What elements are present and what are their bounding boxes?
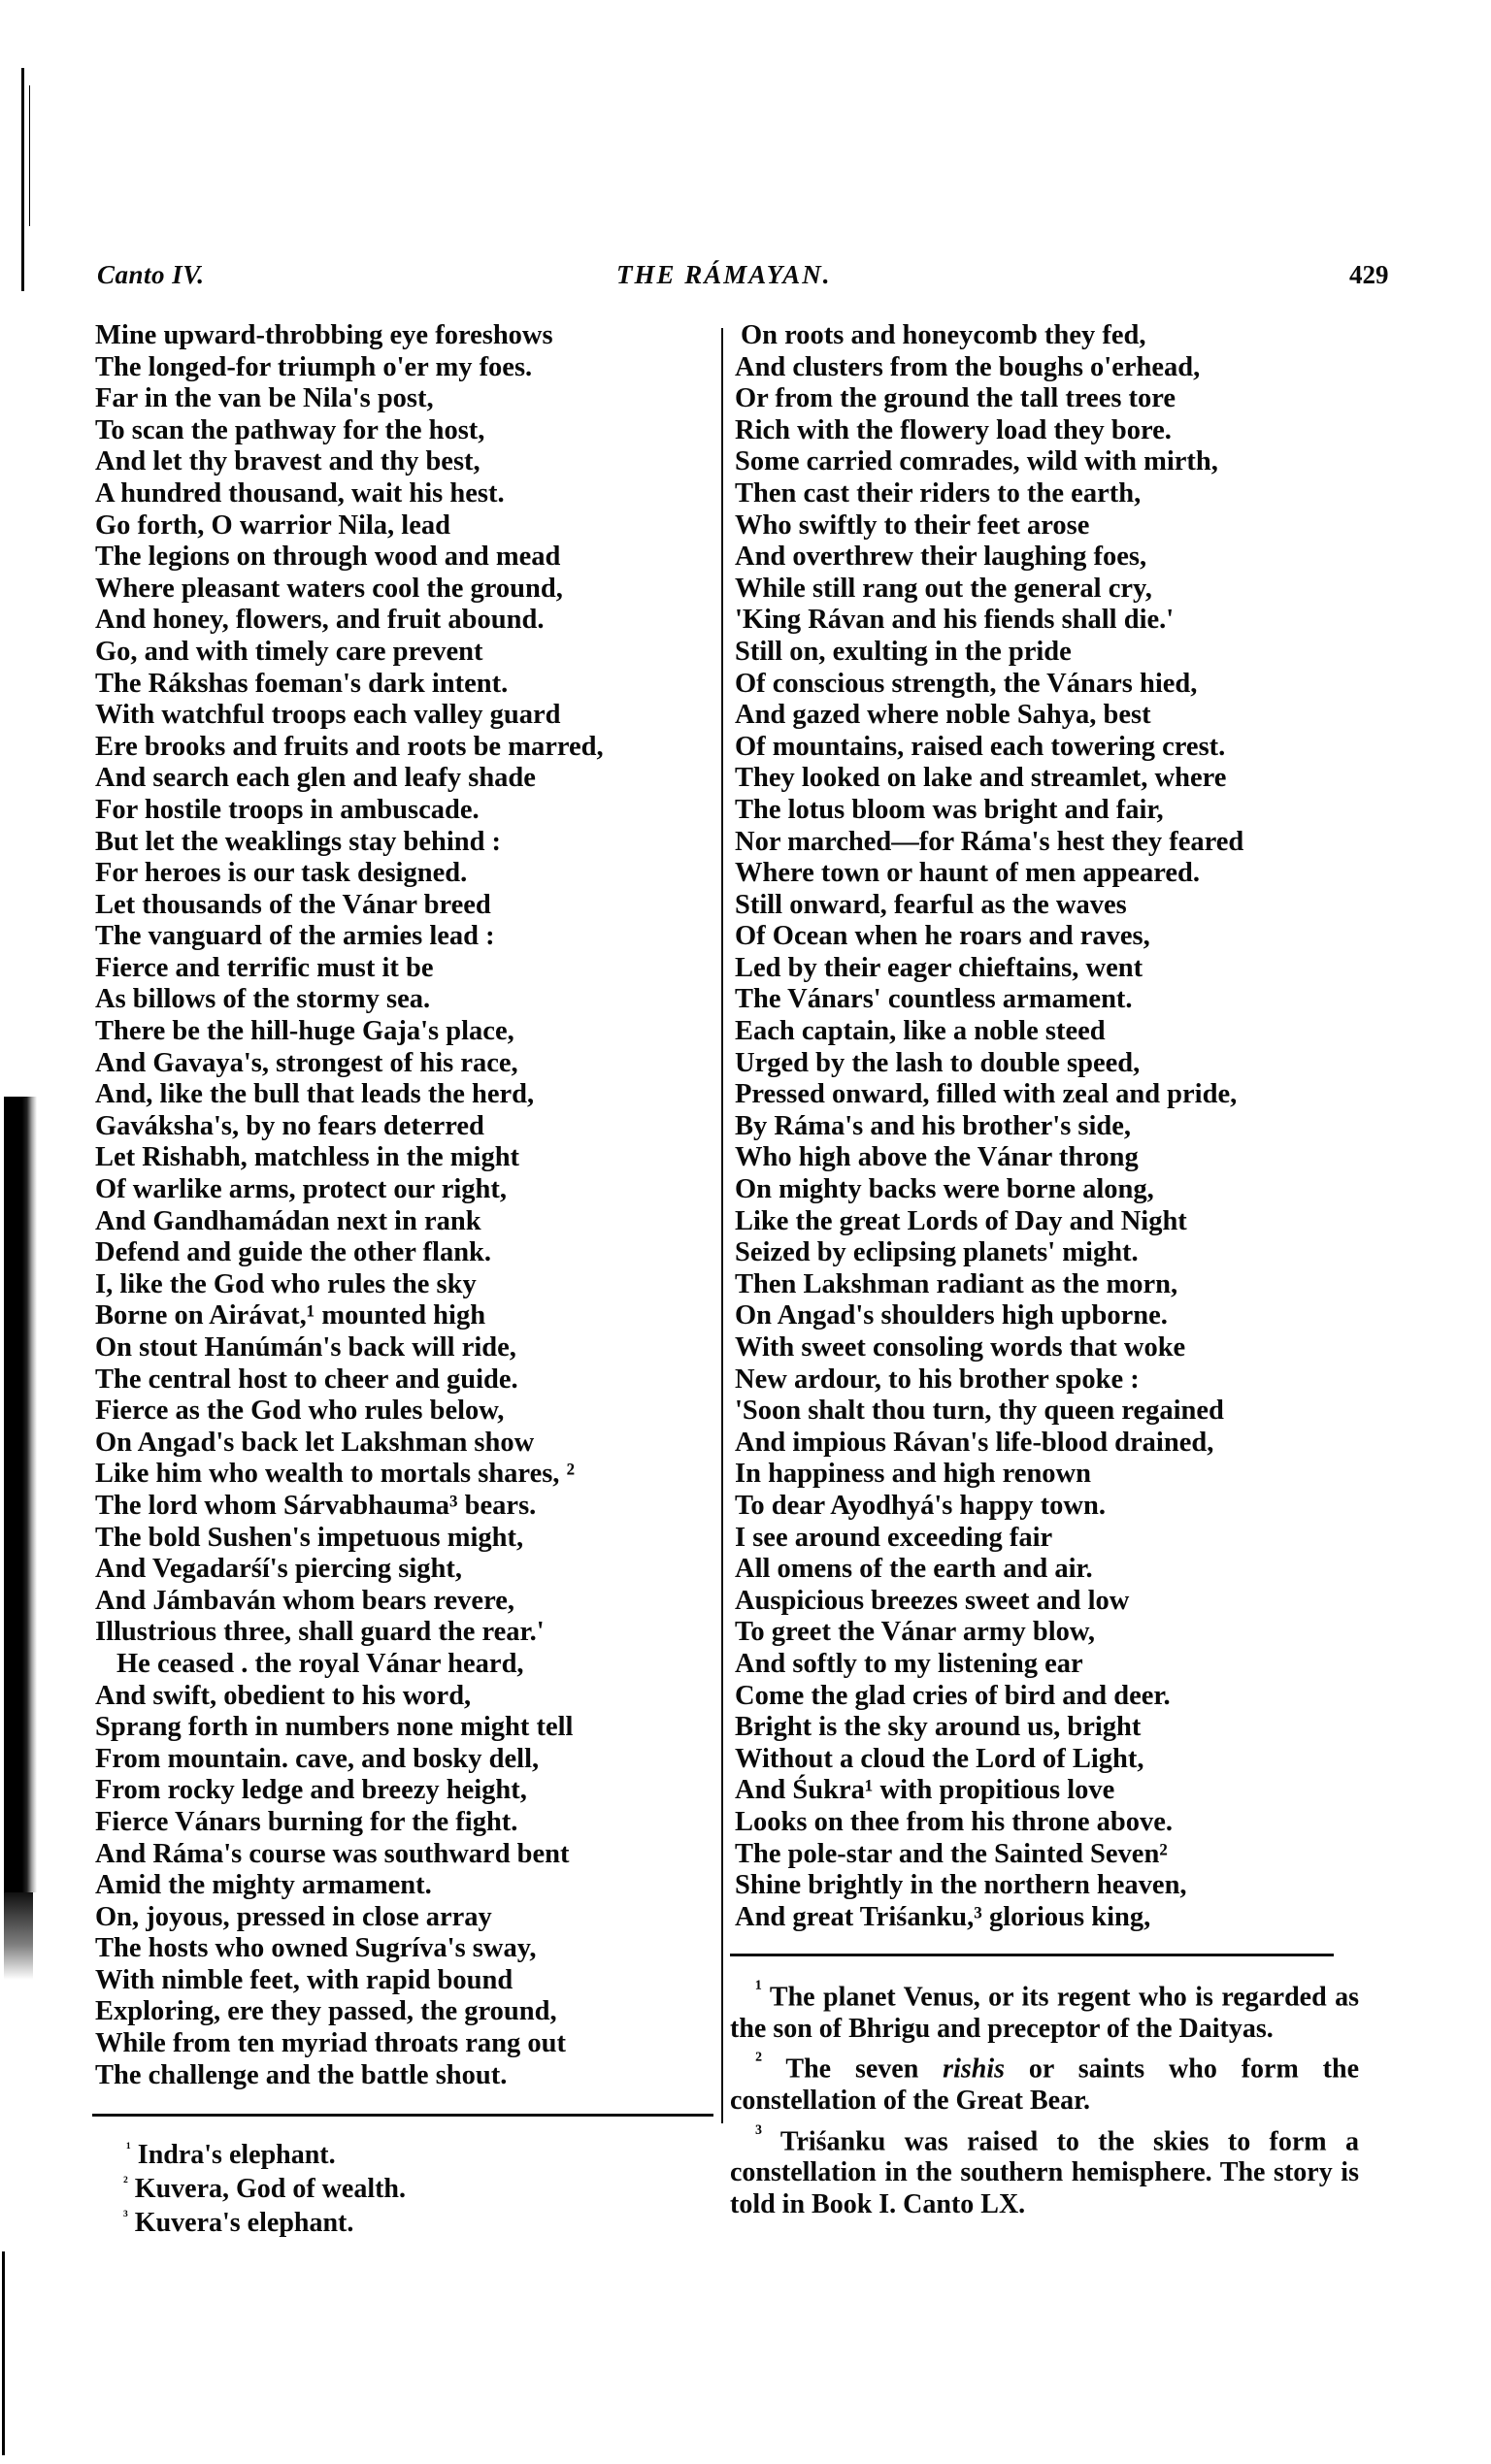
verse-line: While from ten myriad throats rang out [95,2028,716,2060]
footnote-text: The planet Venus, or its regent who is r… [730,1982,1359,2044]
verse-line: Borne on Airávat,¹ mounted high [95,1300,716,1332]
verse-line: Then cast their riders to the earth, [735,478,1366,510]
verse-line: Without a cloud the Lord of Light, [735,1744,1366,1776]
verse-line: To greet the Vánar army blow, [735,1617,1366,1649]
verse-line: Nor marched—for Ráma's hest they feared [735,827,1366,859]
scan-edge-line [29,85,30,226]
verse-line: And clusters from the boughs o'erhead, [735,352,1366,384]
verse-line: Where pleasant waters cool the ground, [95,574,716,606]
verse-line: Some carried comrades, wild with mirth, [735,446,1366,478]
verse-line: Let thousands of the Vánar breed [95,890,716,922]
verse-line: To dear Ayodhyá's happy town. [735,1491,1366,1523]
left-footnote-rule [92,2114,713,2117]
verse-line: New ardour, to his brother spoke : [735,1364,1366,1396]
footnote-text: Kuvera's elephant. [135,2208,354,2238]
verse-line: Ere brooks and fruits and roots be marre… [95,732,716,764]
footnote-mark: ³ [755,2120,762,2146]
verse-line: And impious Rávan's life-blood drained, [735,1428,1366,1460]
footnote-text: The seven [785,2054,943,2085]
footnote-1: ¹ Indra's elephant. [126,2139,336,2171]
scan-binding-shadow [4,1097,37,1892]
verse-line: Who high above the Vánar throng [735,1142,1366,1174]
book-title: THE RÁMAYAN. [616,260,832,290]
verse-line: The challenge and the battle shout. [95,2060,716,2092]
verse-line: In happiness and high renown [735,1459,1366,1491]
verse-line: And Śukra¹ with propitious love [735,1775,1366,1807]
verse-line: And swift, obedient to his word, [95,1681,716,1713]
verse-line: Seized by eclipsing planets' might. [735,1237,1366,1269]
verse-line: And let thy bravest and thy best, [95,446,716,478]
verse-line: Still onward, fearful as the waves [735,890,1366,922]
verse-line: On roots and honeycomb they fed, [735,320,1366,352]
verse-line: And gazed where noble Sahya, best [735,700,1366,732]
verse-line: And Ráma's course was southward bent [95,1839,716,1871]
verse-line: And softly to my listening ear [735,1649,1366,1681]
verse-line: Fierce as the God who rules below, [95,1396,716,1428]
verse-line: The hosts who owned Sugríva's sway, [95,1933,716,1965]
verse-line: The Vánars' countless armament. [735,984,1366,1016]
verse-line: Where town or haunt of men appeared. [735,858,1366,890]
verse-line: I, like the God who rules the sky [95,1269,716,1301]
footnote-text: Kuvera, God of wealth. [135,2174,406,2204]
verse-line: And Gavaya's, strongest of his race, [95,1048,716,1080]
verse-line: Still on, exulting in the pride [735,637,1366,669]
verse-line: To scan the pathway for the host, [95,415,716,447]
verse-line: Like the great Lords of Day and Night [735,1206,1366,1238]
verse-line: From mountain. cave, and bosky dell, [95,1744,716,1776]
footnote-text: Triśanku was raised to the skies to form… [730,2126,1359,2219]
verse-line: And search each glen and leafy shade [95,763,716,795]
verse-line: On Angad's back let Lakshman show [95,1428,716,1460]
verse-line: On Angad's shoulders high upborne. [735,1300,1366,1332]
verse-line: And overthrew their laughing foes, [735,542,1366,574]
verse-line: Amid the mighty armament. [95,1870,716,1902]
verse-line: Led by their eager chieftains, went [735,953,1366,985]
verse-line: Then Lakshman radiant as the morn, [735,1269,1366,1301]
verse-line: Gaváksha's, by no fears deterred [95,1111,716,1143]
footnote-1: ¹ The planet Venus, or its regent who is… [730,1973,1359,2045]
left-column: Mine upward-throbbing eye foreshowsThe l… [95,320,716,2091]
verse-line: The pole-star and the Sainted Seven² [735,1839,1366,1871]
scan-edge-line [2,2251,5,2455]
footnote-text: Indra's elephant. [138,2140,336,2170]
verse-line: Illustrious three, shall guard the rear.… [95,1617,716,1649]
verse-line: While still rang out the general cry, [735,574,1366,606]
verse-line: Come the glad cries of bird and deer. [735,1681,1366,1713]
verse-line: The lord whom Sárvabhauma³ bears. [95,1491,716,1523]
verse-line: For heroes is our task designed. [95,858,716,890]
verse-line: Go, and with timely care prevent [95,637,716,669]
verse-line: Of Ocean when he roars and raves, [735,921,1366,953]
verse-line: 'Soon shalt thou turn, thy queen regaine… [735,1396,1366,1428]
footnote-3: ³ Kuvera's elephant. [123,2207,353,2239]
verse-line: The central host to cheer and guide. [95,1364,716,1396]
verse-line: By Ráma's and his brother's side, [735,1111,1366,1143]
verse-line: And, like the bull that leads the herd, [95,1079,716,1111]
verse-line: Of warlike arms, protect our right, [95,1174,716,1206]
verse-line: But let the weaklings stay behind : [95,827,716,859]
verse-line: And great Triśanku,³ glorious king, [735,1902,1366,1934]
footnote-italic-term: rishis [943,2054,1005,2085]
footnote-mark: ² [123,2175,128,2191]
footnote-mark: ¹ [126,2141,131,2157]
verse-line: They looked on lake and streamlet, where [735,763,1366,795]
footnote-2: ² The seven rishis or saints who form th… [730,2045,1359,2117]
verse-line: Defend and guide the other flank. [95,1237,716,1269]
column-divider [721,328,723,2123]
verse-line: I see around exceeding fair [735,1523,1366,1555]
canto-label: Canto IV. [97,260,205,290]
verse-line: Like him who wealth to mortals shares, ² [95,1459,716,1491]
verse-line: On stout Hanúmán's back will ride, [95,1332,716,1364]
verse-line: The legions on through wood and mead [95,542,716,574]
verse-line: Rich with the flowery load they bore. [735,415,1366,447]
verse-line: Go forth, O warrior Nila, lead [95,510,716,542]
verse-line: Auspicious breezes sweet and low [735,1586,1366,1618]
verse-line: Of mountains, raised each towering crest… [735,732,1366,764]
verse-line: The bold Sushen's impetuous might, [95,1523,716,1555]
verse-line: With sweet consoling words that woke [735,1332,1366,1364]
verse-line: Or from the ground the tall trees tore [735,383,1366,415]
verse-line: For hostile troops in ambuscade. [95,795,716,827]
verse-line: On mighty backs were borne along, [735,1174,1366,1206]
verse-line: Of conscious strength, the Vánars hied, [735,669,1366,701]
verse-line: With watchful troops each valley guard [95,700,716,732]
verse-line: Exploring, ere they passed, the ground, [95,1996,716,2028]
verse-line: He ceased . the royal Vánar heard, [95,1649,716,1681]
verse-line: Urged by the lash to double speed, [735,1048,1366,1080]
verse-line: With nimble feet, with rapid bound [95,1965,716,1997]
verse-line: As billows of the stormy sea. [95,984,716,1016]
verse-line: Looks on thee from his throne above. [735,1807,1366,1839]
verse-line: There be the hill-huge Gaja's place, [95,1016,716,1048]
footnote-mark: ² [755,2048,762,2073]
footnote-mark: ¹ [755,1976,762,2001]
verse-line: A hundred thousand, wait his hest. [95,478,716,510]
right-footnote-rule [730,1954,1334,1956]
verse-line: Far in the van be Nila's post, [95,383,716,415]
scan-edge-line [21,68,24,291]
verse-line: The lotus bloom was bright and fair, [735,795,1366,827]
verse-line: Let Rishabh, matchless in the might [95,1142,716,1174]
verse-line: And Vegadarśí's piercing sight, [95,1554,716,1586]
verse-line: 'King Rávan and his fiends shall die.' [735,605,1366,637]
verse-line: Mine upward-throbbing eye foreshows [95,320,716,352]
verse-line: And Gandhamádan next in rank [95,1206,716,1238]
verse-line: Each captain, like a noble steed [735,1016,1366,1048]
verse-line: Pressed onward, filled with zeal and pri… [735,1079,1366,1111]
verse-line: Fierce Vánars burning for the fight. [95,1807,716,1839]
verse-line: All omens of the earth and air. [735,1554,1366,1586]
verse-line: Fierce and terrific must it be [95,953,716,985]
verse-line: The Rákshas foeman's dark intent. [95,669,716,701]
verse-line: And Jámbaván whom bears revere, [95,1586,716,1618]
footnote-2: ² Kuvera, God of wealth. [123,2173,406,2205]
verse-line: From rocky ledge and breezy height, [95,1775,716,1807]
verse-line: The longed-for triumph o'er my foes. [95,352,716,384]
verse-line: And honey, flowers, and fruit abound. [95,605,716,637]
page-number: 429 [1349,260,1389,290]
verse-line: Who swiftly to their feet arose [735,510,1366,542]
verse-line: On, joyous, pressed in close array [95,1902,716,1934]
right-footnotes: ¹ The planet Venus, or its regent who is… [730,1973,1359,2220]
verse-line: The vanguard of the armies lead : [95,921,716,953]
footnote-3: ³ Triśanku was raised to the skies to fo… [730,2118,1359,2221]
right-column: On roots and honeycomb they fed,And clus… [735,320,1366,1933]
footnote-mark: ³ [123,2209,128,2225]
verse-line: Shine brightly in the northern heaven, [735,1870,1366,1902]
running-header: Canto IV. THE RÁMAYAN. 429 [0,260,1491,299]
verse-line: Bright is the sky around us, bright [735,1712,1366,1744]
verse-line: Sprang forth in numbers none might tell [95,1712,716,1744]
